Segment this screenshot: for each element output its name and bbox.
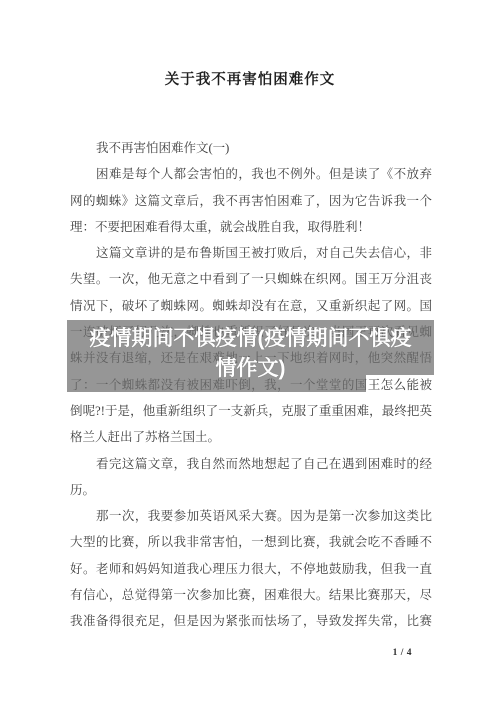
watermark-overlay: 疫情期间不惧疫情(疫情期间不惧疫 情作文) xyxy=(67,320,434,392)
watermark-text: 疫情期间不惧疫情(疫情期间不惧疫 情作文) xyxy=(67,324,434,384)
document-line: 大型的比赛，所以我非常害怕，一想到比赛，我就会吃不香睡不 xyxy=(70,529,432,555)
document-line: 网的蜘蛛》这篇文章后，我不再害怕困难了，因为它告诉我一个道 xyxy=(70,188,432,214)
document-line: 有信心，总觉得第一次参加比赛，困难很大。结果比赛那天，尽管 xyxy=(70,582,432,608)
document-line: 好。老师和妈妈知道我心理压力很大，不停地鼓励我，但我一直没 xyxy=(70,556,432,582)
document-line: 情况下，破坏了蜘蛛网。蜘蛛却没有在意，又重新织起了网。国王 xyxy=(70,293,432,319)
watermark-line-1: 疫情期间不惧疫情(疫情期间不惧疫 xyxy=(67,324,434,354)
document-line: 困难是每个人都会害怕的，我也不例外。但是读了《不放弃结 xyxy=(70,161,432,187)
document-page: 关于我不再害怕困难作文 我不再害怕困难作文(一)困难是每个人都会害怕的，我也不例… xyxy=(0,0,500,706)
document-line: 历。 xyxy=(70,477,432,503)
page-title: 关于我不再害怕困难作文 xyxy=(0,70,500,90)
document-line: 理：不要把困难看得太重，就会战胜自我，取得胜利！ xyxy=(70,214,432,240)
page-number: 1 / 4 xyxy=(393,648,412,658)
document-line: 我准备得很充足，但是因为紧张而怯场了，导致发挥失常，比赛失 xyxy=(70,608,432,634)
document-line: 格兰人赶出了苏格兰国土。 xyxy=(70,424,432,450)
document-line: 看完这篇文章，我自然而然地想起了自己在遇到困难时的经 xyxy=(70,451,432,477)
watermark-line-2: 情作文) xyxy=(67,354,434,384)
document-line: 倒呢?!于是，他重新组织了一支新兵，克服了重重困难，最终把英 xyxy=(70,398,432,424)
document-line: 这篇文章讲的是布鲁斯国王被打败后，对自己失去信心，非常 xyxy=(70,240,432,266)
document-line: 失望。一次，他无意之中看到了一只蜘蛛在织网。国王万分沮丧的 xyxy=(70,266,432,292)
document-line: 我不再害怕困难作文(一) xyxy=(70,135,432,161)
document-line: 那一次，我要参加英语风采大赛。因为是第一次参加这类比较 xyxy=(70,503,432,529)
